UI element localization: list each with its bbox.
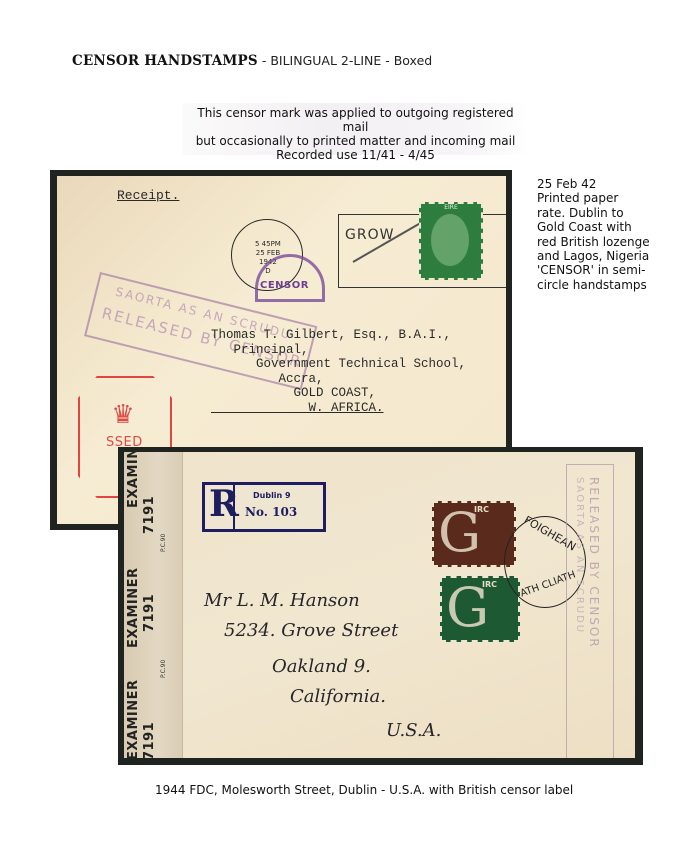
address-line: Mr L. M. Hanson	[204, 590, 360, 611]
receipt-text: Receipt.	[117, 188, 179, 203]
address-line: California.	[290, 686, 386, 707]
heading-subtitle: - BILINGUAL 2-LINE - Boxed	[258, 53, 432, 68]
strip-code: P.C.90	[160, 660, 167, 678]
side-note-line: circle handstamps	[537, 278, 687, 292]
sword-of-light-icon	[431, 214, 469, 266]
heading-bold: CENSOR HANDSTAMPS	[72, 53, 258, 69]
envelope-paper: 7191 EXAMINER P.C.90 7191 EXAMINER P.C.9…	[124, 452, 635, 758]
stamp-country: EIRE	[421, 204, 481, 211]
page-heading: CENSOR HANDSTAMPS - BILINGUAL 2-LINE - B…	[72, 53, 432, 69]
side-note-line: 25 Feb 42	[537, 177, 687, 191]
censor-semicircle-text: CENSOR	[260, 280, 309, 291]
side-note-line: rate. Dublin to	[537, 206, 687, 220]
side-note-line: Gold Coast with	[537, 220, 687, 234]
address-line: U.S.A.	[386, 720, 441, 741]
cover-1944-fdc-usa: 7191 EXAMINER P.C.90 7191 EXAMINER P.C.9…	[118, 447, 643, 765]
examiner-number: 7191	[142, 496, 157, 534]
stamp-text: IRC	[482, 580, 497, 589]
released-by-censor-handstamp: RELEASED BY CENSOR SAORTA AS AN SCRUDU	[566, 464, 614, 758]
reg-divider	[233, 485, 235, 529]
crown-icon: ♛	[107, 401, 139, 429]
side-note-line: 'CENSOR' in semi-	[537, 263, 687, 277]
note-line: This censor mark was applied to outgoing…	[183, 106, 528, 134]
reg-number: No. 103	[245, 505, 297, 519]
examiner-label: EXAMINER	[126, 679, 141, 758]
usage-note: This censor mark was applied to outgoing…	[183, 103, 528, 155]
censor-label-strip: 7191 EXAMINER P.C.90 7191 EXAMINER P.C.9…	[124, 452, 182, 758]
handstamp-line-english: RELEASED BY CENSOR	[587, 477, 601, 649]
address-line: Oakland 9.	[272, 656, 371, 677]
examiner-label: EXAMINER	[126, 567, 141, 648]
side-note-line: Printed paper	[537, 191, 687, 205]
strip-code: P.C.90	[160, 534, 167, 552]
reg-office: Dublin 9	[253, 491, 291, 500]
postage-stamp-green: EIRE	[419, 202, 483, 280]
examiner-label: EXAMINER	[126, 452, 141, 508]
handstamp-line-irish: SAORTA AS AN SCRUDU	[574, 477, 585, 634]
side-note-line: and Lagos, Nigeria	[537, 249, 687, 263]
stamp-text: IRC	[474, 505, 489, 514]
note-line: Recorded use 11/41 - 4/45	[183, 148, 528, 162]
side-note-line: red British lozenge	[537, 235, 687, 249]
registration-label: R Dublin 9 No. 103	[202, 482, 326, 532]
cover2-caption: 1944 FDC, Molesworth Street, Dublin - U.…	[155, 783, 573, 797]
cover1-description: 25 Feb 42 Printed paper rate. Dublin to …	[537, 177, 687, 292]
cover1-address: Thomas T. Gilbert, Esq., B.A.I., Princip…	[211, 328, 466, 416]
examiner-number: 7191	[142, 722, 157, 758]
examiner-number: 7191	[142, 594, 157, 632]
postage-stamp-green: G IRC	[440, 576, 520, 642]
note-line: but occasionally to printed matter and i…	[183, 134, 528, 148]
address-line: 5234. Grove Street	[224, 620, 398, 641]
